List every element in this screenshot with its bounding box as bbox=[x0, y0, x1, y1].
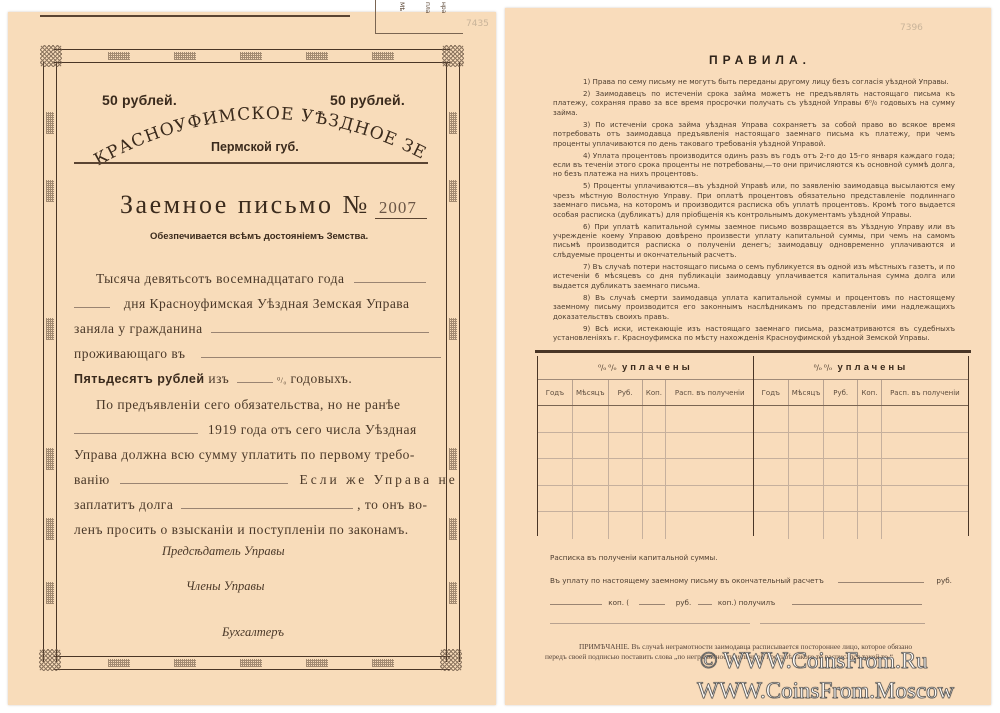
cell[interactable] bbox=[882, 486, 968, 512]
blank-field-rate[interactable] bbox=[237, 382, 273, 383]
ledger-row bbox=[754, 433, 968, 460]
body-line-3: заняла у гражданина bbox=[74, 321, 429, 337]
interest-ledger: ⁰/₀ ⁰/₀ уплачены Годъ Мѣсяцъ Руб. Коп. Р… bbox=[535, 350, 971, 538]
stamp-box: Мѣ пла нра bbox=[375, 0, 463, 34]
cell[interactable] bbox=[754, 459, 789, 485]
cell[interactable] bbox=[573, 486, 609, 512]
blank-field-debt[interactable] bbox=[181, 508, 353, 509]
ornament-icon bbox=[372, 52, 394, 60]
cell[interactable] bbox=[609, 512, 643, 539]
blank-field-month[interactable] bbox=[74, 307, 110, 308]
receipt-text: коп. ( bbox=[608, 598, 629, 607]
cell[interactable] bbox=[643, 486, 667, 512]
blank-field-signature[interactable] bbox=[792, 604, 922, 605]
signature-members: Члены Управы bbox=[186, 579, 264, 594]
ledger-row bbox=[538, 433, 753, 460]
cell[interactable] bbox=[882, 459, 968, 485]
ledger-row bbox=[754, 486, 968, 513]
ornament-icon bbox=[46, 448, 54, 470]
body-line-9: ванiю Если же Управа не bbox=[74, 472, 458, 488]
blank-field-day[interactable] bbox=[354, 282, 426, 283]
cell[interactable] bbox=[609, 459, 643, 485]
percent-sign: ⁰/₀ ⁰/₀ bbox=[814, 364, 832, 372]
cell[interactable] bbox=[538, 512, 573, 539]
receipt-text: руб. bbox=[936, 576, 952, 585]
cell[interactable] bbox=[573, 406, 609, 432]
rule-item: 7) Въ случаѣ потери настоящаго письма о … bbox=[553, 262, 955, 290]
cell[interactable] bbox=[643, 433, 667, 459]
rule-item: 2) Заимодавецъ по истеченiи срока займа … bbox=[553, 89, 955, 117]
body-text: дня Красноуфимская Уѣздная Земская Управ… bbox=[124, 296, 410, 311]
corner-ornament-icon bbox=[442, 45, 464, 67]
col-month: Мѣсяцъ bbox=[573, 380, 609, 405]
receipt-text: руб. bbox=[676, 598, 692, 607]
col-kop: Коп. bbox=[858, 380, 882, 405]
cell[interactable] bbox=[789, 406, 825, 432]
cell[interactable] bbox=[824, 459, 858, 485]
ledger-header: ⁰/₀ ⁰/₀ уплачены bbox=[538, 356, 753, 380]
ornament-icon bbox=[108, 659, 130, 667]
cell[interactable] bbox=[538, 406, 573, 432]
percent-sign: ⁰/₀ ⁰/₀ bbox=[598, 364, 616, 372]
cell[interactable] bbox=[538, 433, 573, 459]
body-text: Тысяча девятьсотъ восемнадцатаго года bbox=[96, 271, 344, 286]
ornament-icon bbox=[46, 582, 54, 604]
cell[interactable] bbox=[858, 433, 882, 459]
cell[interactable] bbox=[754, 406, 789, 432]
ornament-icon bbox=[372, 659, 394, 667]
signature-chairman: Предсѣдатель Управы bbox=[162, 544, 285, 559]
cell[interactable] bbox=[789, 486, 825, 512]
col-rub: Руб. bbox=[824, 380, 858, 405]
col-year: Годъ bbox=[538, 380, 573, 405]
cell[interactable] bbox=[666, 406, 753, 432]
cell[interactable] bbox=[573, 433, 609, 459]
body-line-5: Пятьдесятъ рублей изъ ⁰/₀ годовыхъ. bbox=[74, 371, 352, 387]
rule-item: 9) Всѣ иски, истекающiе изъ настоящаго з… bbox=[553, 324, 955, 343]
ornament-icon bbox=[46, 518, 54, 540]
stamp-text: нра bbox=[440, 2, 447, 13]
signature-accountant: Бухгалтеръ bbox=[222, 625, 284, 640]
cell[interactable] bbox=[789, 459, 825, 485]
col-month: Мѣсяцъ bbox=[789, 380, 825, 405]
receipt-text: коп.) bbox=[718, 598, 737, 607]
ledger-top-rule bbox=[535, 350, 971, 353]
rule-item: 6) При уплатѣ капитальной суммы заемное … bbox=[553, 222, 955, 260]
top-rule bbox=[40, 15, 350, 17]
ledger-header-label: уплачены bbox=[838, 362, 909, 373]
ornament-icon bbox=[306, 659, 328, 667]
body-line-11: ленъ просить о взысканiи и поступленiи п… bbox=[74, 522, 409, 538]
cell[interactable] bbox=[754, 433, 789, 459]
blank-field-residence[interactable] bbox=[201, 357, 441, 358]
cell[interactable] bbox=[858, 512, 882, 539]
body-line-8: Управа должна всю сумму уплатить по перв… bbox=[74, 447, 415, 463]
blank-field-rub-words[interactable] bbox=[639, 604, 665, 605]
watermark-line-1: © WWW.CoinsFrom.Ru bbox=[700, 648, 928, 674]
document-title: Заемное письмо № bbox=[120, 190, 370, 219]
ornament-icon bbox=[449, 180, 457, 202]
province: Пермской губ. bbox=[211, 140, 299, 154]
body-text: 1919 года отъ сего числа Уѣздная bbox=[208, 422, 417, 437]
cell[interactable] bbox=[643, 512, 667, 539]
ledger-columns: Годъ Мѣсяцъ Руб. Коп. Расп. въ полученiи bbox=[538, 380, 753, 406]
blank-field-kop-words[interactable] bbox=[698, 604, 712, 605]
ornament-icon bbox=[240, 52, 262, 60]
receipt-title: Расписка въ полученiи капитальной суммы. bbox=[550, 553, 718, 562]
margin-number: 7396 bbox=[900, 23, 923, 33]
cell[interactable] bbox=[573, 459, 609, 485]
ledger-left: ⁰/₀ ⁰/₀ уплачены Годъ Мѣсяцъ Руб. Коп. Р… bbox=[537, 356, 753, 536]
frame-left bbox=[43, 62, 57, 662]
cell[interactable] bbox=[882, 512, 968, 539]
loan-certificate-front: Мѣ пла нра 7435 50 рублей. 50 рублей. КР… bbox=[8, 12, 496, 705]
signature-line bbox=[760, 623, 925, 624]
ornament-icon bbox=[240, 659, 262, 667]
cell[interactable] bbox=[643, 406, 667, 432]
document-title-row: Заемное письмо № 2007 bbox=[120, 190, 427, 220]
cell[interactable] bbox=[643, 459, 667, 485]
cell[interactable] bbox=[609, 406, 643, 432]
cell[interactable] bbox=[882, 406, 968, 432]
cell[interactable] bbox=[858, 406, 882, 432]
ornament-icon bbox=[46, 180, 54, 202]
body-text: Если же Управа не bbox=[300, 472, 458, 487]
ornament-icon bbox=[174, 659, 196, 667]
ledger-header: ⁰/₀ ⁰/₀ уплачены bbox=[754, 356, 968, 380]
ledger-header-label: уплачены bbox=[622, 362, 693, 373]
body-text: проживающаго въ bbox=[74, 346, 185, 361]
cell[interactable] bbox=[754, 486, 789, 512]
rule-item: 3) По истеченiи срока займа уѣздная Упра… bbox=[553, 120, 955, 148]
signature-line bbox=[550, 623, 750, 624]
corner-ornament-icon bbox=[40, 45, 62, 67]
cell[interactable] bbox=[609, 486, 643, 512]
ledger-row bbox=[754, 459, 968, 486]
ornament-icon bbox=[449, 448, 457, 470]
cell[interactable] bbox=[538, 486, 573, 512]
ornament-icon bbox=[449, 318, 457, 340]
col-kop: Коп. bbox=[643, 380, 667, 405]
ornament-icon bbox=[174, 52, 196, 60]
percent-sign: ⁰/₀ bbox=[277, 376, 287, 385]
body-text: изъ bbox=[208, 371, 229, 386]
ledger-row bbox=[538, 459, 753, 486]
cell[interactable] bbox=[882, 433, 968, 459]
col-receipt: Расп. въ полученiи bbox=[666, 380, 753, 405]
cell[interactable] bbox=[824, 512, 858, 539]
ledger-columns: Годъ Мѣсяцъ Руб. Коп. Расп. въ полученiи bbox=[754, 380, 968, 406]
receipt-text: получилъ bbox=[739, 598, 776, 607]
body-line-4: проживающаго въ bbox=[74, 346, 441, 362]
ornament-icon bbox=[108, 52, 130, 60]
cell[interactable] bbox=[666, 433, 753, 459]
col-rub: Руб. bbox=[609, 380, 643, 405]
ledger-row bbox=[538, 406, 753, 433]
amount-in-words: Пятьдесятъ рублей bbox=[74, 372, 205, 386]
blank-field-date[interactable] bbox=[74, 433, 198, 434]
corner-ornament-icon bbox=[440, 649, 462, 671]
cell[interactable] bbox=[789, 433, 825, 459]
blank-field-citizen[interactable] bbox=[211, 332, 429, 333]
ornament-icon bbox=[449, 582, 457, 604]
body-text: заплатитъ долга bbox=[74, 497, 173, 512]
cell[interactable] bbox=[824, 406, 858, 432]
ledger-row bbox=[754, 406, 968, 433]
blank-field-rub-total[interactable] bbox=[838, 582, 924, 583]
body-text: , то онъ во- bbox=[357, 497, 427, 512]
security-note: Обезпечивается всѣмъ достоянiемъ Земства… bbox=[150, 231, 368, 242]
cell[interactable] bbox=[609, 433, 643, 459]
ornament-icon bbox=[449, 518, 457, 540]
ornament-icon bbox=[46, 112, 54, 134]
body-text: заняла у гражданина bbox=[74, 321, 203, 336]
body-line-7: 1919 года отъ сего числа Уѣздная bbox=[74, 422, 417, 438]
issuer-arc-title: КРАСНОУФИМСКОЕ УѢЗДНОЕ ЗЕМСТВО bbox=[88, 96, 428, 171]
rule-item: 4) Уплата процентовъ производится одинъ … bbox=[553, 151, 955, 179]
rule-item: 1) Права по сему письму не могутъ быть п… bbox=[553, 77, 955, 86]
stamp-text: пла bbox=[424, 2, 431, 13]
margin-number: 7435 bbox=[466, 19, 489, 29]
stamp-text: Мѣ bbox=[398, 2, 405, 11]
cell[interactable] bbox=[666, 486, 753, 512]
body-line-6: По предъявленiи сего обязательства, но н… bbox=[96, 397, 401, 413]
svg-text:КРАСНОУФИМСКОЕ УѢЗДНОЕ ЗЕМСТВО: КРАСНОУФИМСКОЕ УѢЗДНОЕ ЗЕМСТВО bbox=[88, 96, 428, 170]
body-text: ванiю bbox=[74, 472, 110, 487]
rules-title: ПРАВИЛА. bbox=[709, 53, 811, 67]
receipt-text: Въ уплату по настоящему заемному письму … bbox=[550, 576, 824, 585]
col-receipt: Расп. въ полученiи bbox=[882, 380, 968, 405]
cell[interactable] bbox=[666, 459, 753, 485]
cell[interactable] bbox=[538, 459, 573, 485]
ledger-row bbox=[538, 486, 753, 513]
loan-certificate-back: 7396 ПРАВИЛА. 1) Права по сему письму не… bbox=[505, 8, 991, 705]
cell[interactable] bbox=[666, 512, 753, 539]
cell[interactable] bbox=[824, 486, 858, 512]
cell[interactable] bbox=[858, 486, 882, 512]
receipt-line-1: Въ уплату по настоящему заемному письму … bbox=[550, 576, 952, 585]
body-line-1: Тысяча девятьсотъ восемнадцатаго года bbox=[96, 271, 426, 287]
serial-number: 2007 bbox=[375, 198, 427, 219]
cell[interactable] bbox=[789, 512, 825, 539]
cell[interactable] bbox=[573, 512, 609, 539]
blank-field-demand[interactable] bbox=[120, 483, 288, 484]
cell[interactable] bbox=[754, 512, 789, 539]
footnote-label: ПРИМѢЧАНIЕ. bbox=[579, 642, 630, 651]
ornament-icon bbox=[449, 112, 457, 134]
header-divider bbox=[74, 162, 428, 164]
body-text: годовыхъ. bbox=[291, 371, 353, 386]
cell[interactable] bbox=[824, 433, 858, 459]
body-line-2: дня Красноуфимская Уѣздная Земская Управ… bbox=[74, 296, 410, 312]
rule-item: 8) Въ случаѣ смерти заимодавца уплата ка… bbox=[553, 293, 955, 321]
ledger-right: ⁰/₀ ⁰/₀ уплачены Годъ Мѣсяцъ Руб. Коп. Р… bbox=[753, 356, 969, 536]
receipt-line-2: коп. ( руб. коп.) получилъ bbox=[550, 598, 922, 607]
rule-item: 5) Проценты уплачиваются—въ уѣздной Упра… bbox=[553, 181, 955, 219]
frame-right bbox=[446, 62, 460, 662]
ornament-icon bbox=[46, 318, 54, 340]
blank-field-kop[interactable] bbox=[550, 604, 602, 605]
col-year: Годъ bbox=[754, 380, 789, 405]
cell[interactable] bbox=[858, 459, 882, 485]
ornament-icon bbox=[306, 52, 328, 60]
corner-ornament-icon bbox=[39, 649, 61, 671]
body-line-10: заплатитъ долга , то онъ во- bbox=[74, 497, 428, 513]
watermark-line-2: WWW.CoinsFrom.Moscow bbox=[697, 678, 954, 704]
rules-list: 1) Права по сему письму не могутъ быть п… bbox=[553, 77, 955, 345]
ledger-row bbox=[538, 512, 753, 539]
ledger-row bbox=[754, 512, 968, 539]
